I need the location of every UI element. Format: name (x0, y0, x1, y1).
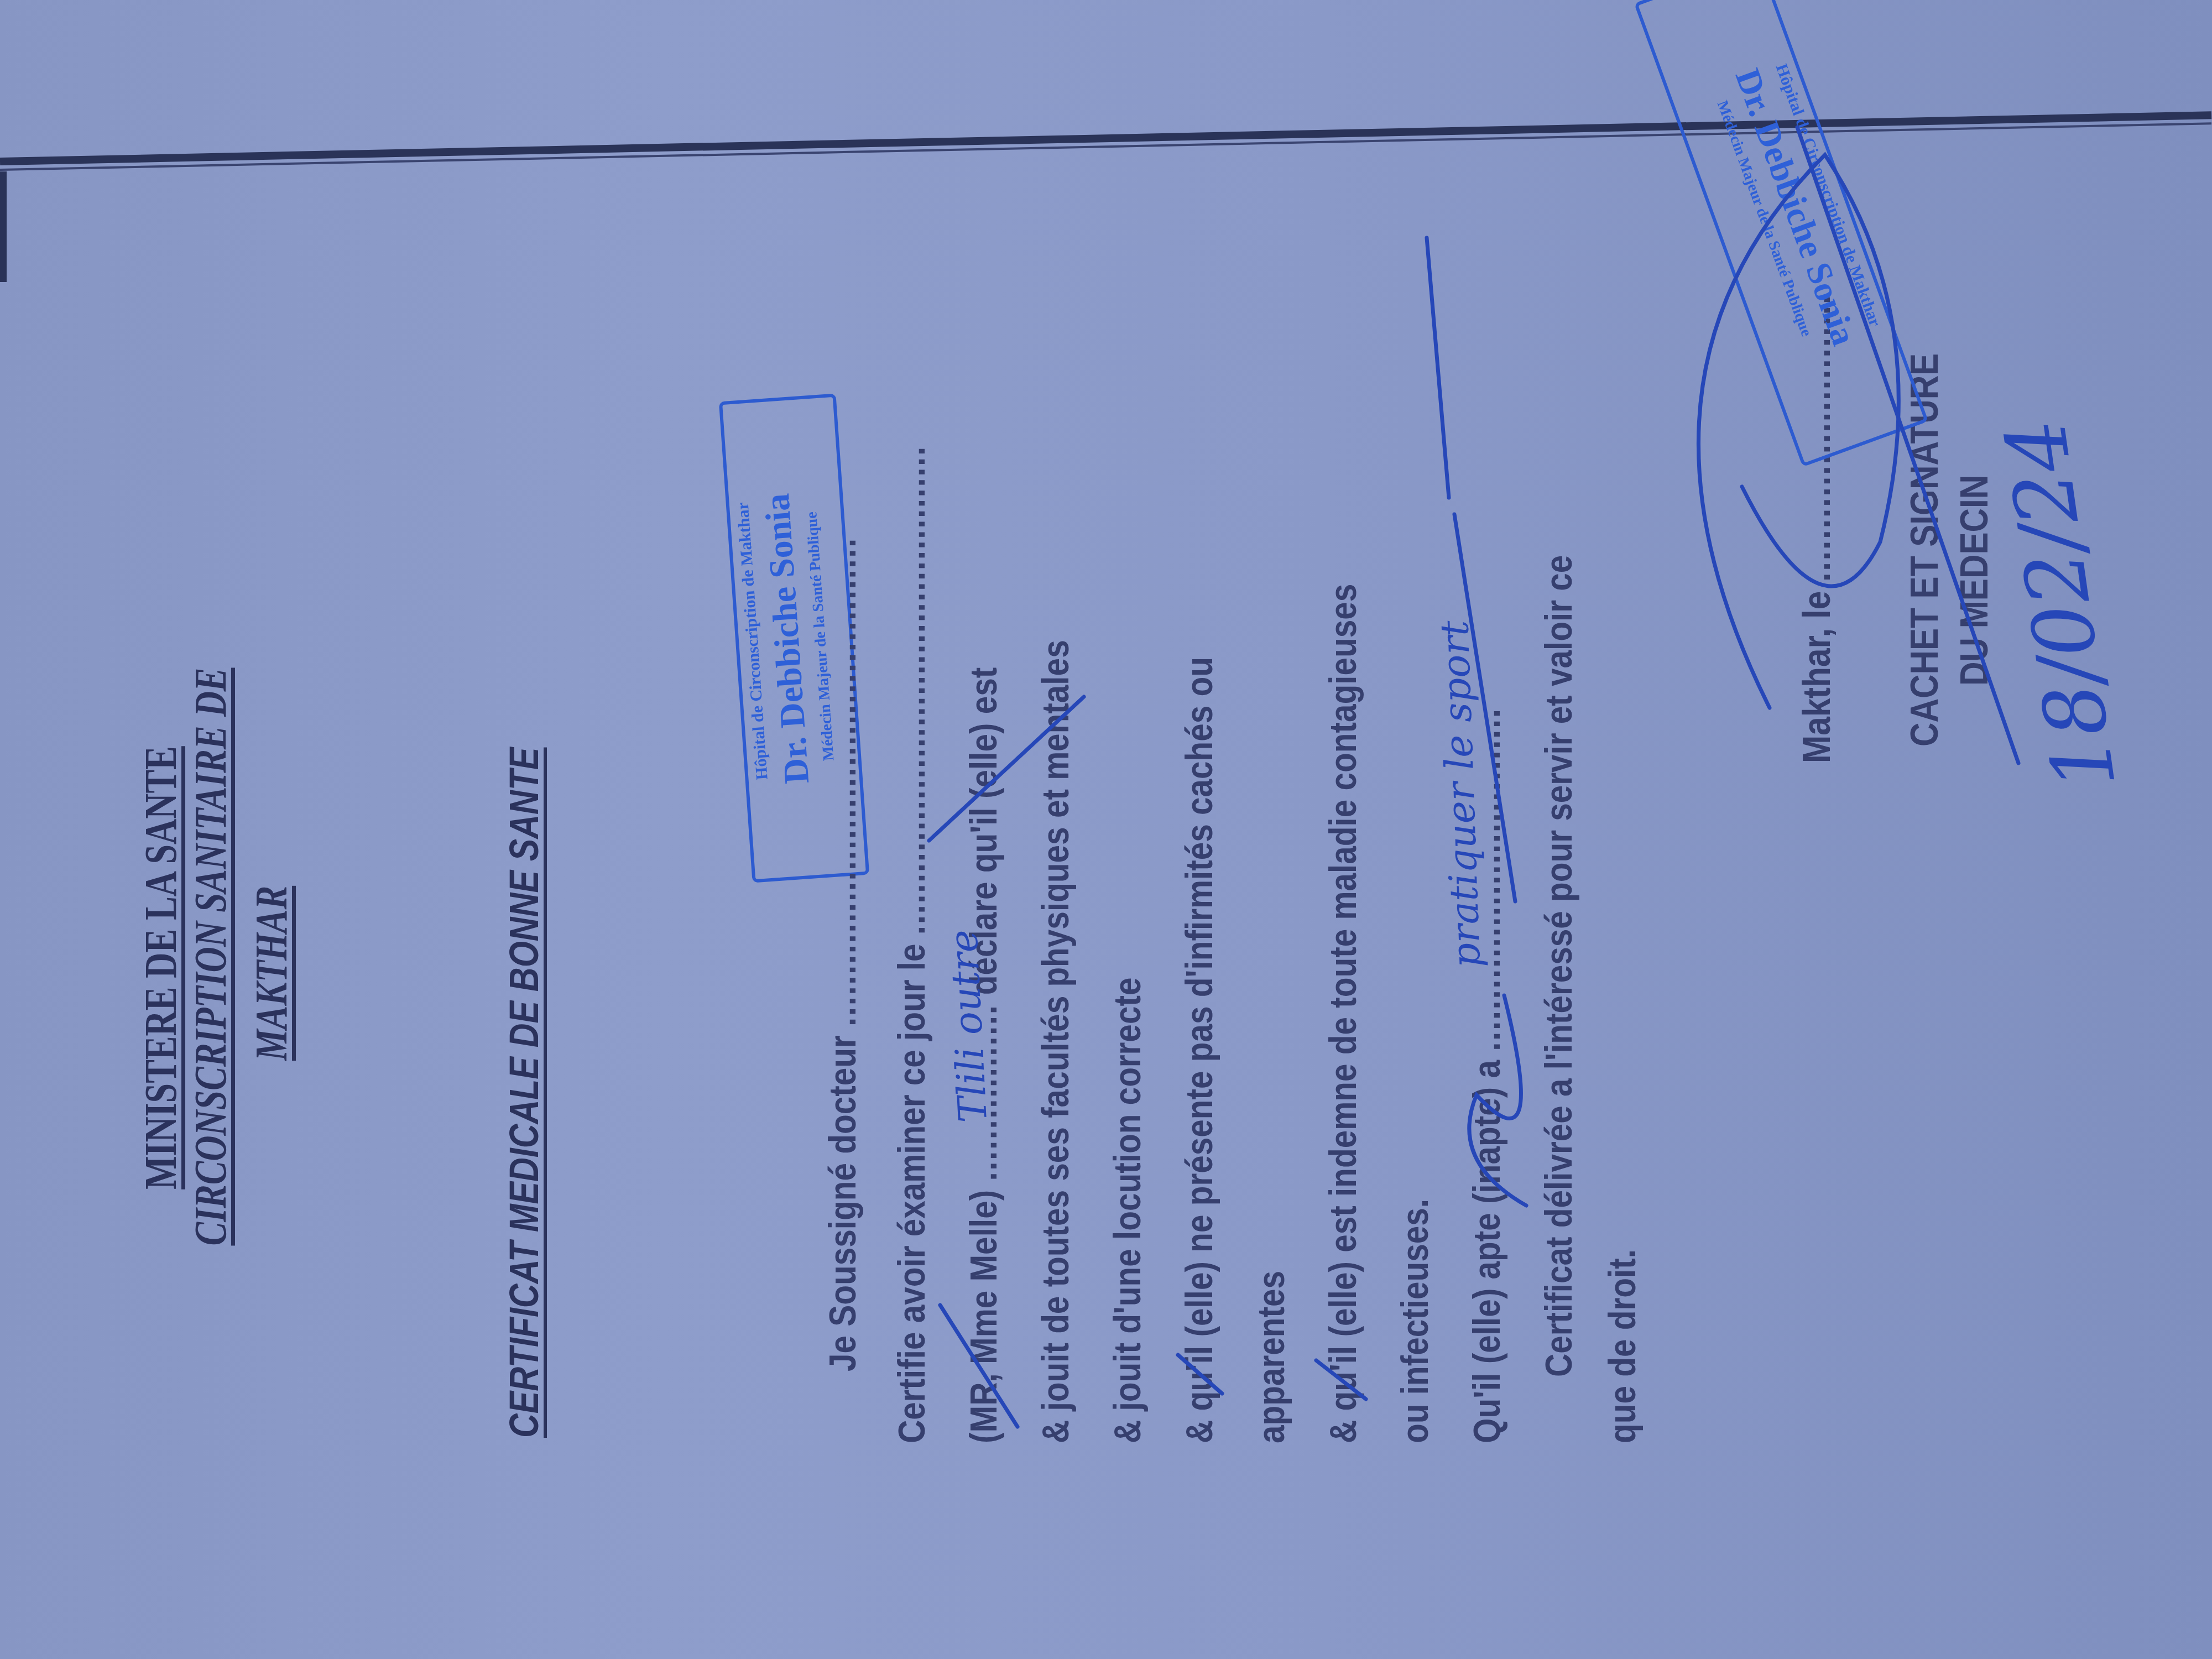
patient-title-label: (MR, Mme Melle) (963, 1190, 1005, 1443)
line-delivered: Certificat délivrée a l'intéressé pour s… (1540, 555, 1578, 1377)
header-circonscription: CIRCONSCRIPTION SANITAIRE DE (188, 590, 233, 1323)
line-apparentes: apparentes (1253, 1271, 1290, 1443)
header-city: MAKTHAR (249, 844, 294, 1103)
line-infectious: ou infectieuses. (1396, 1199, 1434, 1443)
aptitude-handwritten: pratiquer le sport (1432, 620, 1489, 969)
line-contagious: & qu'il (elle) est indemne de toute mala… (1324, 584, 1362, 1443)
doctor-stamp-bottom: Hôpital de Circonscription de Makthar Dr… (1634, 0, 1928, 467)
signature-label-doctor: DU MEDECIN (1952, 475, 1996, 686)
exam-date-field[interactable]: ........................................… (891, 445, 933, 935)
exam-date-label: Certifie avoir éxaminer ce jour le (891, 943, 933, 1443)
stamp-bottom-doctor-name: Dr. Debbiche Sonia (1693, 0, 1898, 443)
handwritten-date: 18/02/24 (1987, 413, 2135, 795)
certificate-page: MINISTERE DE LA SANTE CIRCONSCRIPTION SA… (111, 72, 2157, 1593)
line-droit: que de droit. (1604, 1249, 1641, 1443)
header-ministry: MINISTERE DE LA SANTE (138, 644, 184, 1291)
line-exam-date: Certifie avoir éxaminer ce jour le .....… (893, 445, 931, 1443)
place-date-label: Makthar, le (1795, 591, 1838, 763)
aptitude-label: Qu'il (elle) apte (inapte) a (1466, 1060, 1508, 1443)
doctor-name-field[interactable]: ........................................… (822, 537, 864, 1026)
line-faculties: & jouit de toutes ses facultés physiques… (1037, 640, 1074, 1443)
soussigne-label: Je Soussigné docteur (822, 1035, 864, 1371)
document-title: CERTIFICAT MEDICALE DE BONNE SANTE (500, 758, 547, 1438)
line-soussigne: Je Soussigné docteur ...................… (824, 537, 862, 1371)
page-border-corner (0, 171, 7, 282)
line-locution: & jouit d'une locution correcte (1109, 978, 1146, 1443)
line-infirmities: & qu'il (elle) ne présente pas d'infirmi… (1181, 657, 1218, 1443)
